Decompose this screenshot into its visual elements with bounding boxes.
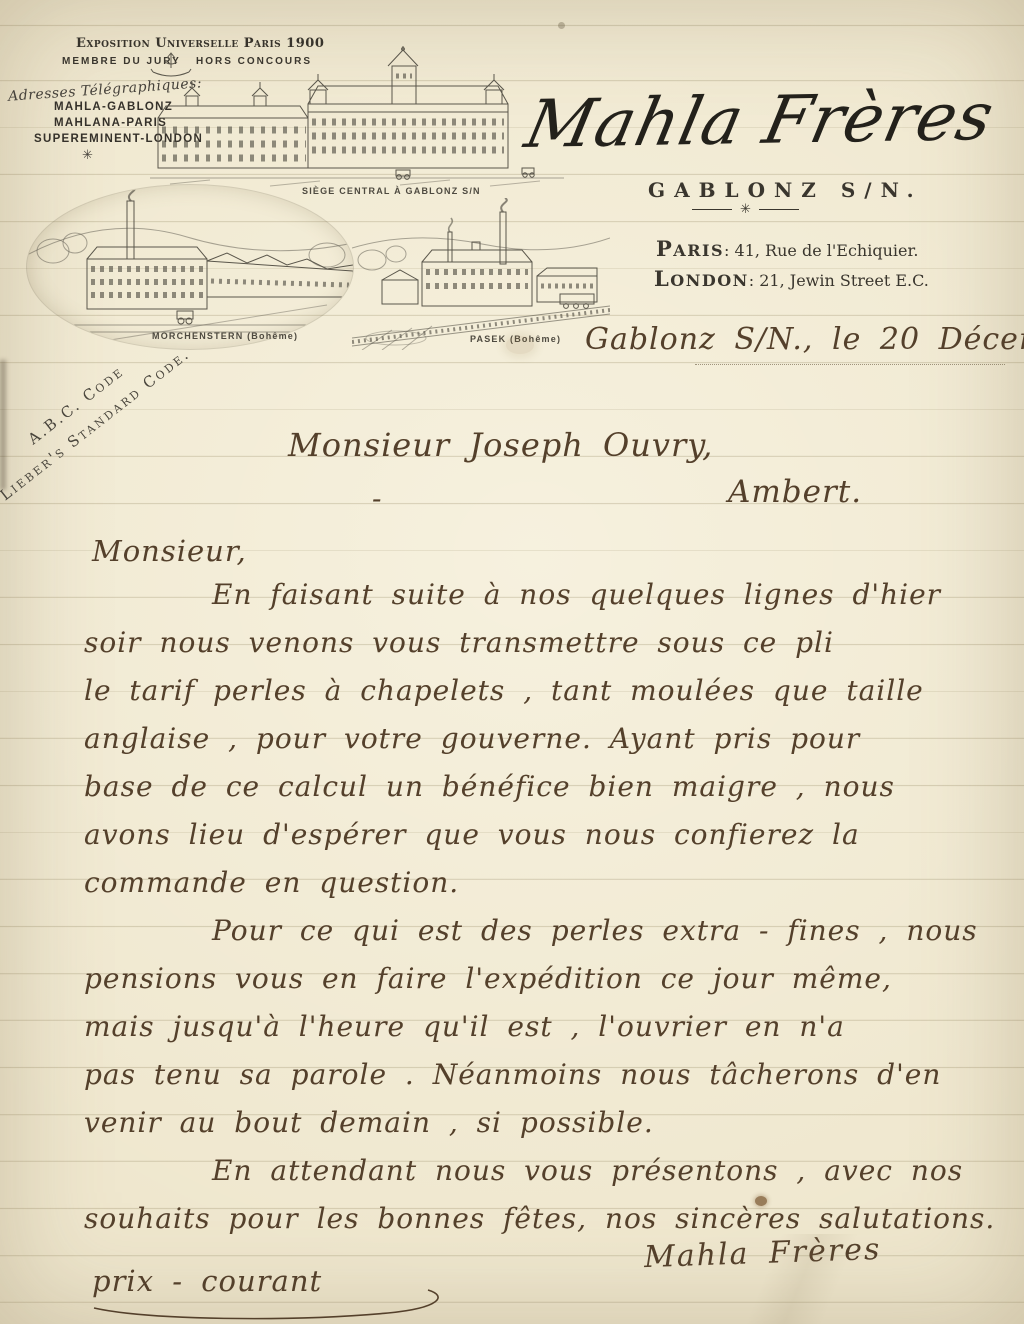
morchenstern-factory-illustration (26, 184, 354, 350)
paper-stain (506, 336, 534, 354)
divider-line (759, 209, 799, 210)
office-london: London: 21, Jewin Street E.C. (654, 266, 929, 291)
central-factory-caption: SIÈGE CENTRAL À GABLONZ S/N (302, 186, 481, 196)
liebers-code-label: Lieber's Standard Code. (0, 345, 193, 504)
body-line: avons lieu d'espérer que vous nous confi… (84, 818, 1020, 866)
salutation: Monsieur, (92, 534, 247, 568)
body-line: commande en question. (84, 866, 1020, 914)
morchenstern-caption: MORCHENSTERN (Bohême) (152, 331, 298, 341)
paper-wrinkle (580, 1234, 1024, 1324)
pasek-factory-illustration (352, 198, 610, 350)
header-divider: ✳ (692, 202, 799, 217)
body-line: Pour ce qui est des perles extra - fines… (84, 914, 1020, 962)
ink-spot (755, 1196, 767, 1206)
star-divider-icon: ✳ (740, 202, 751, 217)
body-line: En attendant nous vous présentons , avec… (84, 1154, 1020, 1202)
divider-line (692, 209, 732, 210)
addressee-city: Ambert. (728, 474, 862, 510)
office-paris: Paris: 41, Rue de l'Echiquier. (656, 236, 918, 261)
body-line: anglaise , pour votre gouverne. Ayant pr… (84, 722, 1020, 770)
addressee-dash: - (372, 482, 382, 515)
company-city: GABLONZ S/N. (648, 178, 923, 202)
dateline: Gablonz S/N., le 20 Décembre 1904 (585, 322, 1024, 357)
company-name: Mahla Frères (519, 78, 1001, 163)
office-address: : 21, Jewin Street E.C. (749, 271, 929, 290)
office-city-label: London (654, 266, 749, 291)
snowflake-icon: ✳ (82, 148, 93, 163)
addressee-name: Monsieur Joseph Ouvry, (288, 426, 713, 464)
letter-body: En faisant suite à nos quelques lignes d… (84, 578, 1020, 1250)
body-line: le tarif perles à chapelets , tant moulé… (84, 674, 1020, 722)
body-line: venir au bout demain , si possible. (84, 1106, 1020, 1154)
office-city-label: Paris (656, 236, 724, 261)
postscript-flourish (88, 1288, 450, 1324)
scan-edge-smudge (0, 360, 6, 490)
body-line: base de ce calcul un bénéfice bien maigr… (84, 770, 1020, 818)
body-line: En faisant suite à nos quelques lignes d… (84, 578, 1020, 626)
letter-paper: Exposition Universelle Paris 1900 MEMBRE… (0, 0, 1024, 1324)
office-address: : 41, Rue de l'Echiquier. (724, 241, 918, 260)
central-factory-illustration (150, 46, 564, 192)
paper-speck (558, 22, 565, 29)
date-dotted-line (695, 364, 1005, 365)
body-line: mais jusqu'à l'heure qu'il est , l'ouvri… (84, 1010, 1020, 1058)
body-line: soir nous venons vous transmettre sous c… (84, 626, 1020, 674)
body-line: pas tenu sa parole . Néanmoins nous tâch… (84, 1058, 1020, 1106)
body-line: pensions vous en faire l'expédition ce j… (84, 962, 1020, 1010)
